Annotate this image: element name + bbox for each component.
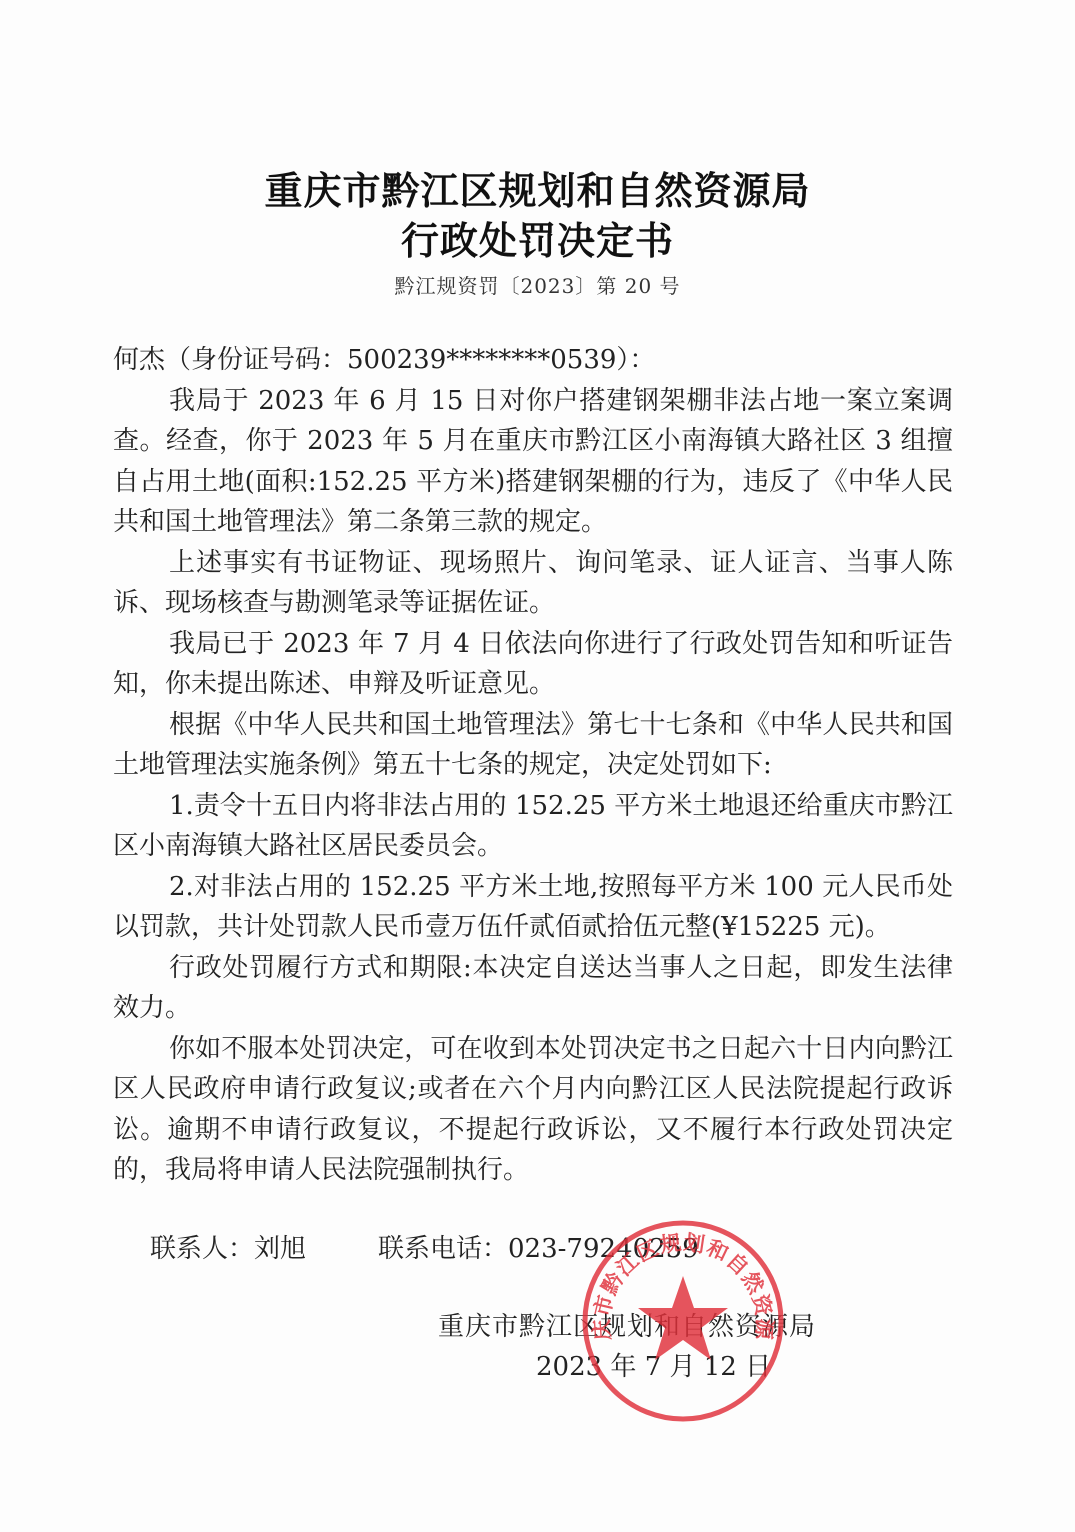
penalty-decision-document: 重庆市黔江区规划和自然资源局 行政处罚决定书 黔江规资罚〔2023〕第 20 号… <box>0 0 1075 1532</box>
addressee: 何杰（身份证号码：500239********0539）： <box>113 340 953 381</box>
contact-line: 联系人：刘旭联系电话：023-79240259 <box>150 1228 699 1265</box>
issuer-title: 重庆市黔江区规划和自然资源局 <box>0 160 1075 215</box>
penalty-item-2: 2.对非法占用的 152.25 平方米土地,按照每平方米 100 元人民币处以罚… <box>113 867 953 948</box>
signature-date: 2023 年 7 月 12 日 <box>536 1346 771 1383</box>
paragraph-appeal: 你如不服本处罚决定，可在收到本处罚决定书之日起六十日内向黔江区人民政府申请行政复… <box>113 1029 953 1191</box>
document-number: 黔江规资罚〔2023〕第 20 号 <box>0 270 1075 299</box>
paragraph-facts: 我局于 2023 年 6 月 15 日对你户搭建钢架棚非法占地一案立案调查。经查… <box>113 381 953 543</box>
penalty-item-1: 1.责令十五日内将非法占用的 152.25 平方米土地退还给重庆市黔江区小南海镇… <box>113 786 953 867</box>
paragraph-evidence: 上述事实有书证物证、现场照片、询问笔录、证人证言、当事人陈诉、现场核查与勘测笔录… <box>113 543 953 624</box>
paragraph-notice: 我局已于 2023 年 7 月 4 日依法向你进行了行政处罚告知和听证告知，你未… <box>113 624 953 705</box>
signature-organization: 重庆市黔江区规划和自然资源局 <box>438 1306 816 1343</box>
document-body: 何杰（身份证号码：500239********0539）： 我局于 2023 年… <box>113 340 953 1191</box>
contact-phone: 联系电话：023-79240259 <box>378 1234 699 1264</box>
contact-person: 联系人：刘旭 <box>150 1234 306 1264</box>
paragraph-legal-basis: 根据《中华人民共和国土地管理法》第七十七条和《中华人民共和国土地管理法实施条例》… <box>113 705 953 786</box>
paragraph-enforcement: 行政处罚履行方式和期限:本决定自送达当事人之日起，即发生法律效力。 <box>113 948 953 1029</box>
document-title: 行政处罚决定书 <box>0 210 1075 265</box>
